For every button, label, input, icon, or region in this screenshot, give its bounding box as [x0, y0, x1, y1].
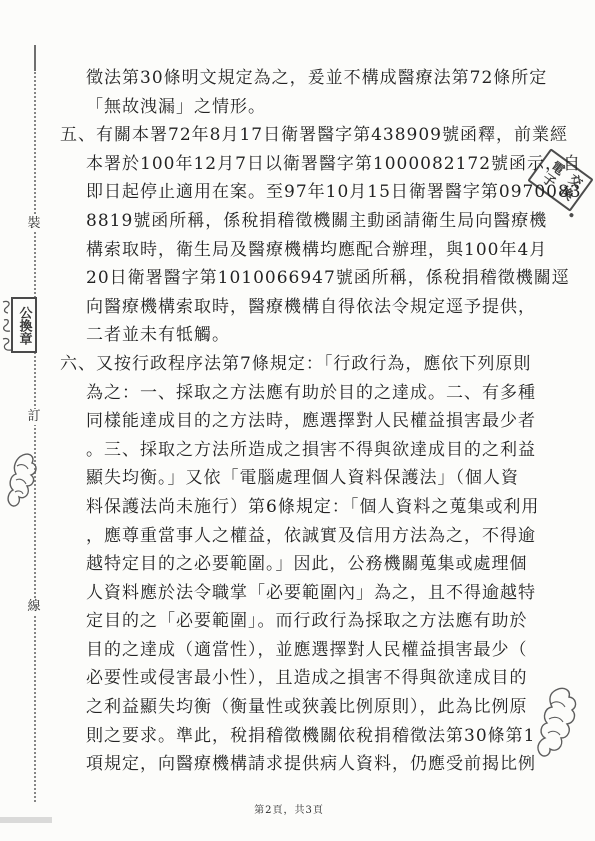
- document-page: 裝 訂 線 電子 交換 公換章 徵法第30條明文規定為之，爰並不構成醫療法第72…: [0, 0, 595, 841]
- text-line: 同樣能達成目的之方法時，應選擇對人民權益損害最少者: [0, 407, 572, 436]
- text-line: ，應尊重當事人之權益，依誠實及信用方法為之，不得逾: [0, 522, 572, 551]
- text-line: 目的之達成（適當性），並應選擇對人民權益損害最少（: [0, 636, 572, 665]
- text-line: 則之要求。準此，稅捐稽徵機關依稅捐稽徵法第30條第1: [0, 722, 572, 751]
- text-line: 顯失均衡。」又依「電腦處理個人資料保護法」（個人資: [0, 464, 572, 493]
- text-line: 必要性或侵害最小性），且造成之損害不得與欲達成目的: [0, 664, 572, 693]
- text-line: 「無故洩漏」之情形。: [0, 93, 572, 122]
- text-line: 料保護法尚未施行）第6條規定：「個人資料之蒐集或利用: [0, 493, 572, 522]
- text-line: 8819號函所稱，係稅捐稽徵機關主動函請衛生局向醫療機: [0, 207, 572, 236]
- text-line: 越特定目的之必要範圍。」因此，公務機關蒐集或處理個: [0, 550, 572, 579]
- text-line: 20日衛署醫字第1010066947號函所稱，係稅捐稽徵機關逕: [0, 264, 572, 293]
- text-line: 構索取時，衛生局及醫療機構均應配合辦理，與100年4月: [0, 236, 572, 265]
- text-line: 六、又按行政程序法第7條規定：「行政行為，應依下列原則: [0, 350, 572, 379]
- text-line: 之利益顯失均衡（衡量性或狹義比例原則），此為比例原: [0, 693, 572, 722]
- page-number: 第2頁，共3頁: [0, 801, 578, 816]
- text-line: 五、有關本署72年8月17日衛署醫字第438909號函釋，前業經: [0, 121, 572, 150]
- scan-artifact: [0, 817, 52, 823]
- text-line: 即日起停止適用在案。至97年10月15日衛署醫字第0970083: [0, 178, 572, 207]
- body-text: 徵法第30條明文規定為之，爰並不構成醫療法第72條所定「無故洩漏」之情形。五、有…: [0, 64, 572, 779]
- text-line: 。三、採取之方法所造成之損害不得與欲達成目的之利益: [0, 436, 572, 465]
- text-line: 人資料應於法令職掌「必要範圍內」為之，且不得逾越特: [0, 579, 572, 608]
- text-line: 項規定，向醫療機構請求提供病人資料，仍應受前揭比例: [0, 750, 572, 779]
- text-line: 徵法第30條明文規定為之，爰並不構成醫療法第72條所定: [0, 64, 572, 93]
- text-line: 向醫療機構索取時，醫療機構自得依法令規定逕予提供，: [0, 293, 572, 322]
- text-line: 為之：一、採取之方法應有助於目的之達成。二、有多種: [0, 379, 572, 408]
- text-line: 本署於100年12月7日以衛署醫字第1000082172號函示，自: [0, 150, 572, 179]
- text-line: 二者並未有牴觸。: [0, 321, 572, 350]
- text-line: 定目的之「必要範圍」。而行政行為採取之方法應有助於: [0, 607, 572, 636]
